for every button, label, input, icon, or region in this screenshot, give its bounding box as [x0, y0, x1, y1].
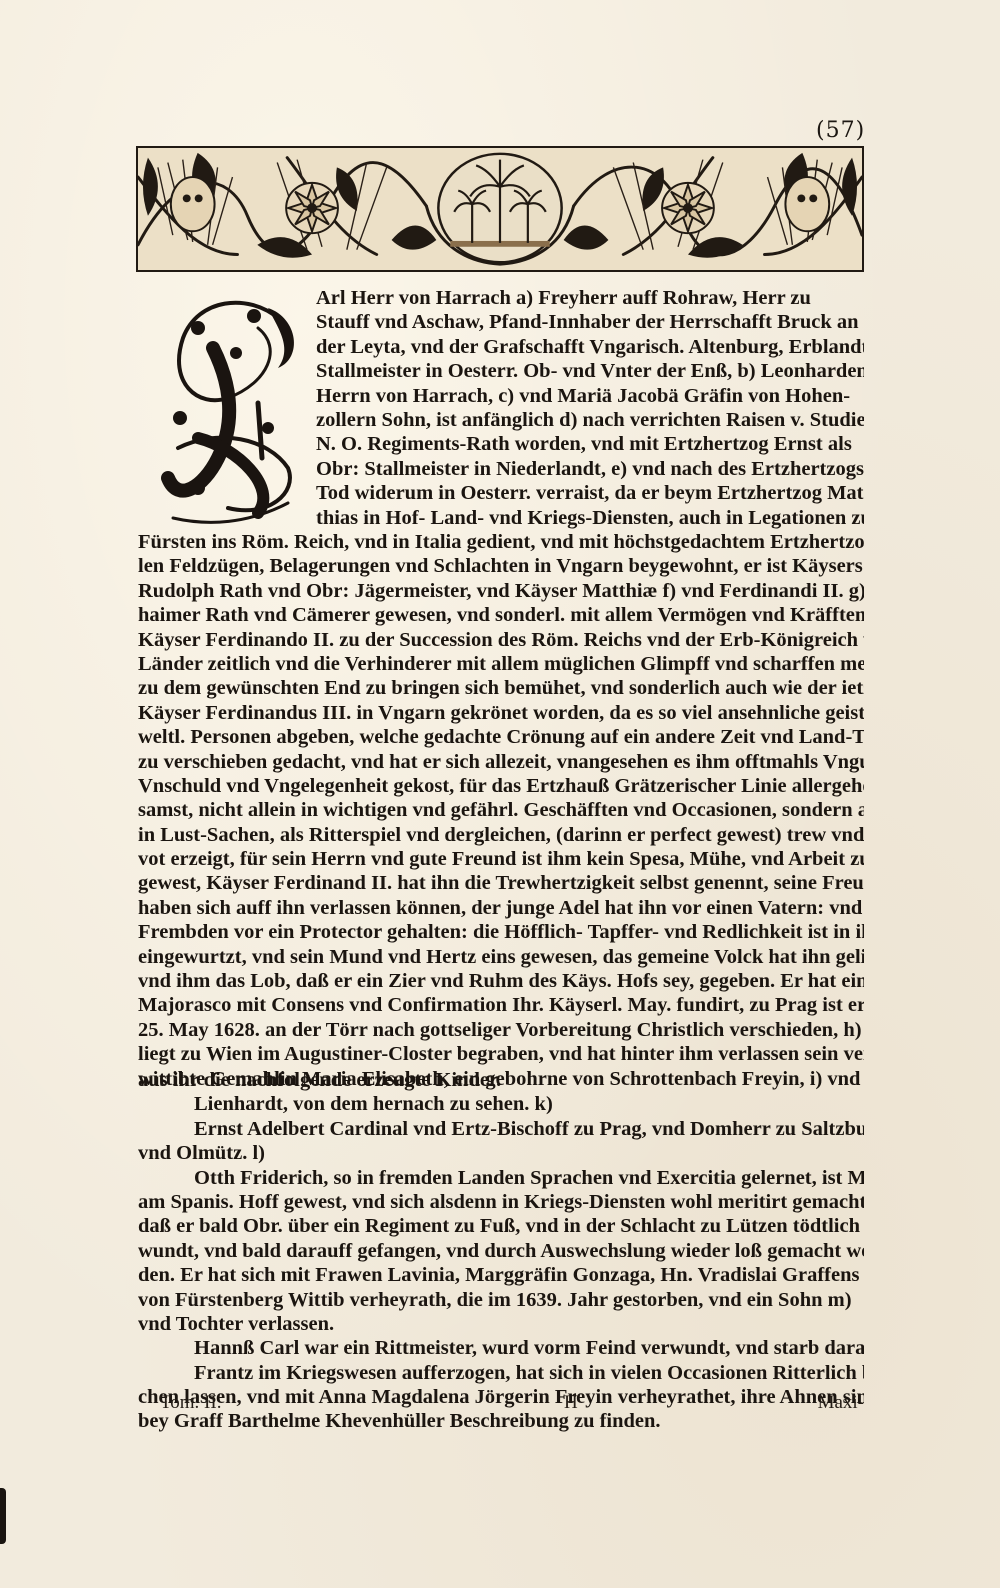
text-line: Käyser Ferdinando II. zu der Succession …: [138, 628, 864, 652]
text-line: zu verschieben gedacht, vnd hat er sich …: [138, 750, 864, 774]
text-line: Fürsten ins Röm. Reich, vnd in Italia ge…: [138, 530, 864, 554]
text-line: Obr: Stallmeister in Niederlandt, e) vnd…: [316, 457, 864, 481]
text-line: Stauff vnd Aschaw, Pfand-Innhaber der He…: [316, 310, 864, 334]
signature-mark: H: [564, 1392, 578, 1414]
intro-paragraph: Arl Herr von Harrach a) Freyherr auff Ro…: [316, 286, 864, 530]
text-line: Herrn von Harrach, c) vnd Mariä Jacobä G…: [316, 384, 864, 408]
text-line: vnd ihm das Lob, daß er ein Zier vnd Ruh…: [138, 969, 864, 993]
text-line: daß er bald Obr. über ein Regiment zu Fu…: [138, 1214, 864, 1238]
text-line: Tod widerum in Oesterr. verraist, da er …: [316, 481, 864, 505]
text-line: thias in Hof- Land- vnd Kriegs-Diensten,…: [316, 506, 864, 530]
text-line: Arl Herr von Harrach a) Freyherr auff Ro…: [316, 286, 864, 310]
calligraphic-initial-icon: [158, 288, 308, 528]
text-line: Käyser Ferdinandus III. in Vngarn gekrön…: [138, 701, 864, 725]
text-line: Frembden vor ein Protector gehalten: die…: [138, 920, 864, 944]
text-line: Stallmeister in Oesterr. Ob- vnd Vnter d…: [316, 359, 864, 383]
text-line: gewest, Käyser Ferdinand II. hat ihn die…: [138, 871, 864, 895]
text-line: wundt, vnd bald darauff gefangen, vnd du…: [138, 1239, 864, 1263]
children-list: aus ihr die nachfolgende erzeugte Kinder…: [138, 1068, 864, 1434]
text-line: haimer Rath vnd Cämerer gewesen, vnd son…: [138, 603, 864, 627]
child-entry-ernst-adelbert: Ernst Adelbert Cardinal vnd Ertz-Bischof…: [138, 1117, 864, 1141]
text-line: der Leyta, vnd der Grafschafft Vngarisch…: [316, 335, 864, 359]
text-line: Länder zeitlich vnd die Verhinderer mit …: [138, 652, 864, 676]
text-line: aus ihr die nachfolgende erzeugte Kinder…: [138, 1068, 864, 1092]
text-line: zollern Sohn, ist anfänglich d) nach ver…: [316, 408, 864, 432]
text-line: von Fürstenberg Wittib verheyrath, die i…: [138, 1288, 864, 1312]
text-line: eingewurtzt, vnd sein Mund vnd Hertz ein…: [138, 945, 864, 969]
text-line: len Feldzügen, Belagerungen vnd Schlacht…: [138, 554, 864, 578]
text-line: vnd Tochter verlassen.: [138, 1312, 864, 1336]
child-entry-frantz: Frantz im Kriegswesen aufferzogen, hat s…: [138, 1361, 864, 1385]
text-line: Majorasco mit Consens vnd Confirmation I…: [138, 993, 864, 1017]
text-line: am Spanis. Hoff gewest, vnd sich alsdenn…: [138, 1190, 864, 1214]
text-line: 25. May 1628. an der Törr nach gottselig…: [138, 1018, 864, 1042]
woodcut-ornament-icon: [138, 148, 862, 270]
text-line: Rudolph Rath vnd Obr: Jägermeister, vnd …: [138, 579, 864, 603]
text-line: in Lust-Sachen, als Ritterspiel vnd derg…: [138, 823, 864, 847]
text-line: den. Er hat sich mit Frawen Lavinia, Mar…: [138, 1263, 864, 1287]
text-line: haben sich auff ihn verlassen können, de…: [138, 896, 864, 920]
main-paragraph: Fürsten ins Röm. Reich, vnd in Italia ge…: [138, 530, 864, 1091]
text-line: weltl. Personen abgeben, welche gedachte…: [138, 725, 864, 749]
text-line: Vnschuld vnd Vngelegenheit gekost, für d…: [138, 774, 864, 798]
text-line: bey Graff Barthelme Khevenhüller Beschre…: [138, 1409, 864, 1433]
text-line: chen lassen, vnd mit Anna Magdalena Jörg…: [138, 1385, 864, 1409]
text-line: zu dem gewünschten End zu bringen sich b…: [138, 676, 864, 700]
volume-label: Tom. II.: [160, 1392, 221, 1414]
binding-edge-mark: [0, 1488, 6, 1544]
child-entry-lienhardt: Lienhardt, von dem hernach zu sehen. k): [138, 1092, 864, 1116]
text-line: liegt zu Wien im Augustiner-Closter begr…: [138, 1042, 864, 1066]
child-entry-hannss-carl: Hannß Carl war ein Rittmeister, wurd vor…: [138, 1336, 864, 1360]
decorated-initial-letter: [158, 288, 308, 528]
page-number: (57): [816, 118, 865, 143]
text-line: vot erzeigt, für sein Herrn vnd gute Fre…: [138, 847, 864, 871]
catchword: Maxi-: [818, 1392, 864, 1414]
ornamental-headpiece: [136, 146, 864, 272]
child-entry-otth-friderich: Otth Friderich, so in fremden Landen Spr…: [138, 1166, 864, 1190]
text-line: samst, nicht allein in wichtigen vnd gef…: [138, 798, 864, 822]
text-line: N. O. Regiments-Rath worden, vnd mit Ert…: [316, 432, 864, 456]
text-line: vnd Olmütz. l): [138, 1141, 864, 1165]
